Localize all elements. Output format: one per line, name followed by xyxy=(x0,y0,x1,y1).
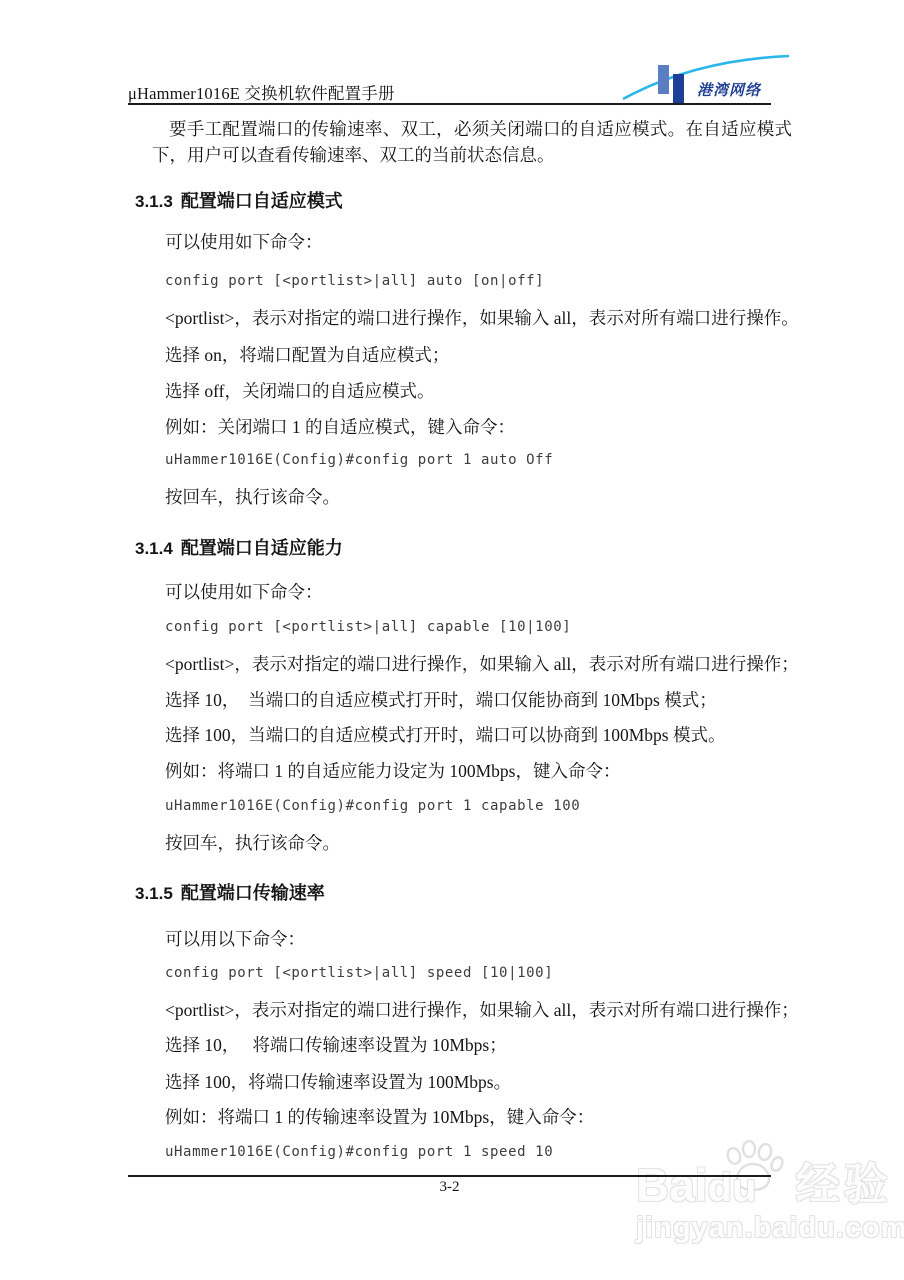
paragraph: 按回车，执行该命令。 xyxy=(165,831,340,855)
paragraph: 选择 100，当端口的自适应模式打开时，端口可以协商到 100Mbps 模式。 xyxy=(165,723,726,747)
paragraph: <portlist>，表示对指定的端口进行操作，如果输入 all，表示对所有端口… xyxy=(165,306,799,330)
code-line: config port [<portlist>|all] capable [10… xyxy=(165,618,571,636)
intro-paragraph: 要手工配置端口的传输速率、双工，必须关闭端口的自适应模式。在自适应模式下，用户可… xyxy=(152,116,792,168)
header-divider xyxy=(128,103,771,105)
code-line: config port [<portlist>|all] speed [10|1… xyxy=(165,964,553,982)
section-title: 配置端口自适应模式 xyxy=(181,191,343,211)
watermark-paw-wrap: du xyxy=(708,1146,786,1208)
paragraph: 选择 100，将端口传输速率设置为 100Mbps。 xyxy=(165,1070,511,1094)
section-heading-3-1-4: 3.1.4配置端口自适应能力 xyxy=(135,534,343,560)
code-line: uHammer1016E(Config)#config port 1 auto … xyxy=(165,451,553,469)
section-number: 3.1.3 xyxy=(135,192,173,211)
code-line: config port [<portlist>|all] auto [on|of… xyxy=(165,272,544,290)
paragraph: <portlist>，表示对指定的端口进行操作，如果输入 all，表示对所有端口… xyxy=(165,652,799,676)
paragraph: 可以使用如下命令： xyxy=(165,580,323,604)
watermark-experience-label: 经验 xyxy=(796,1162,892,1208)
section-heading-3-1-3: 3.1.3配置端口自适应模式 xyxy=(135,187,343,213)
code-line: uHammer1016E(Config)#config port 1 speed… xyxy=(165,1143,553,1161)
manual-page: μHammer1016E 交换机软件配置手册 港湾网络 要手工配置端口的传输速率… xyxy=(0,0,904,1280)
paragraph: 例如：关闭端口 1 的自适应模式，键入命令： xyxy=(165,415,515,439)
logo-text: 港湾网络 xyxy=(697,79,761,100)
paragraph: 例如：将端口 1 的传输速率设置为 10Mbps，键入命令： xyxy=(165,1105,594,1129)
section-title: 配置端口自适应能力 xyxy=(181,538,343,558)
code-line: uHammer1016E(Config)#config port 1 capab… xyxy=(165,797,580,815)
paragraph: 例如：将端口 1 的自适应能力设定为 100Mbps，键入命令： xyxy=(165,759,621,783)
paragraph: 选择 on，将端口配置为自适应模式； xyxy=(165,343,449,367)
paragraph: 选择 10， 将端口传输速率设置为 10Mbps； xyxy=(165,1033,507,1057)
page-number: 3-2 xyxy=(128,1179,771,1196)
harbour-networks-logo: 港湾网络 xyxy=(615,50,795,108)
paragraph: 选择 10， 当端口的自适应模式打开时，端口仅能协商到 10Mbps 模式； xyxy=(165,688,717,712)
watermark-brand: Bai du 经验 xyxy=(636,1146,904,1208)
document-title: μHammer1016E 交换机软件配置手册 xyxy=(128,80,395,104)
watermark-url: jingyan.baidu.com xyxy=(636,1211,904,1245)
paragraph: 可以使用如下命令： xyxy=(165,230,323,254)
paragraph: 按回车，执行该命令。 xyxy=(165,485,340,509)
footer-divider xyxy=(128,1175,771,1177)
section-number: 3.1.5 xyxy=(135,884,173,903)
paragraph: <portlist>，表示对指定的端口进行操作，如果输入 all，表示对所有端口… xyxy=(165,998,799,1022)
section-number: 3.1.4 xyxy=(135,539,173,558)
section-title: 配置端口传输速率 xyxy=(181,883,325,903)
paragraph: 可以用以下命令： xyxy=(165,927,305,951)
paragraph: 选择 off，关闭端口的自适应模式。 xyxy=(165,379,434,403)
section-heading-3-1-5: 3.1.5配置端口传输速率 xyxy=(135,879,325,905)
